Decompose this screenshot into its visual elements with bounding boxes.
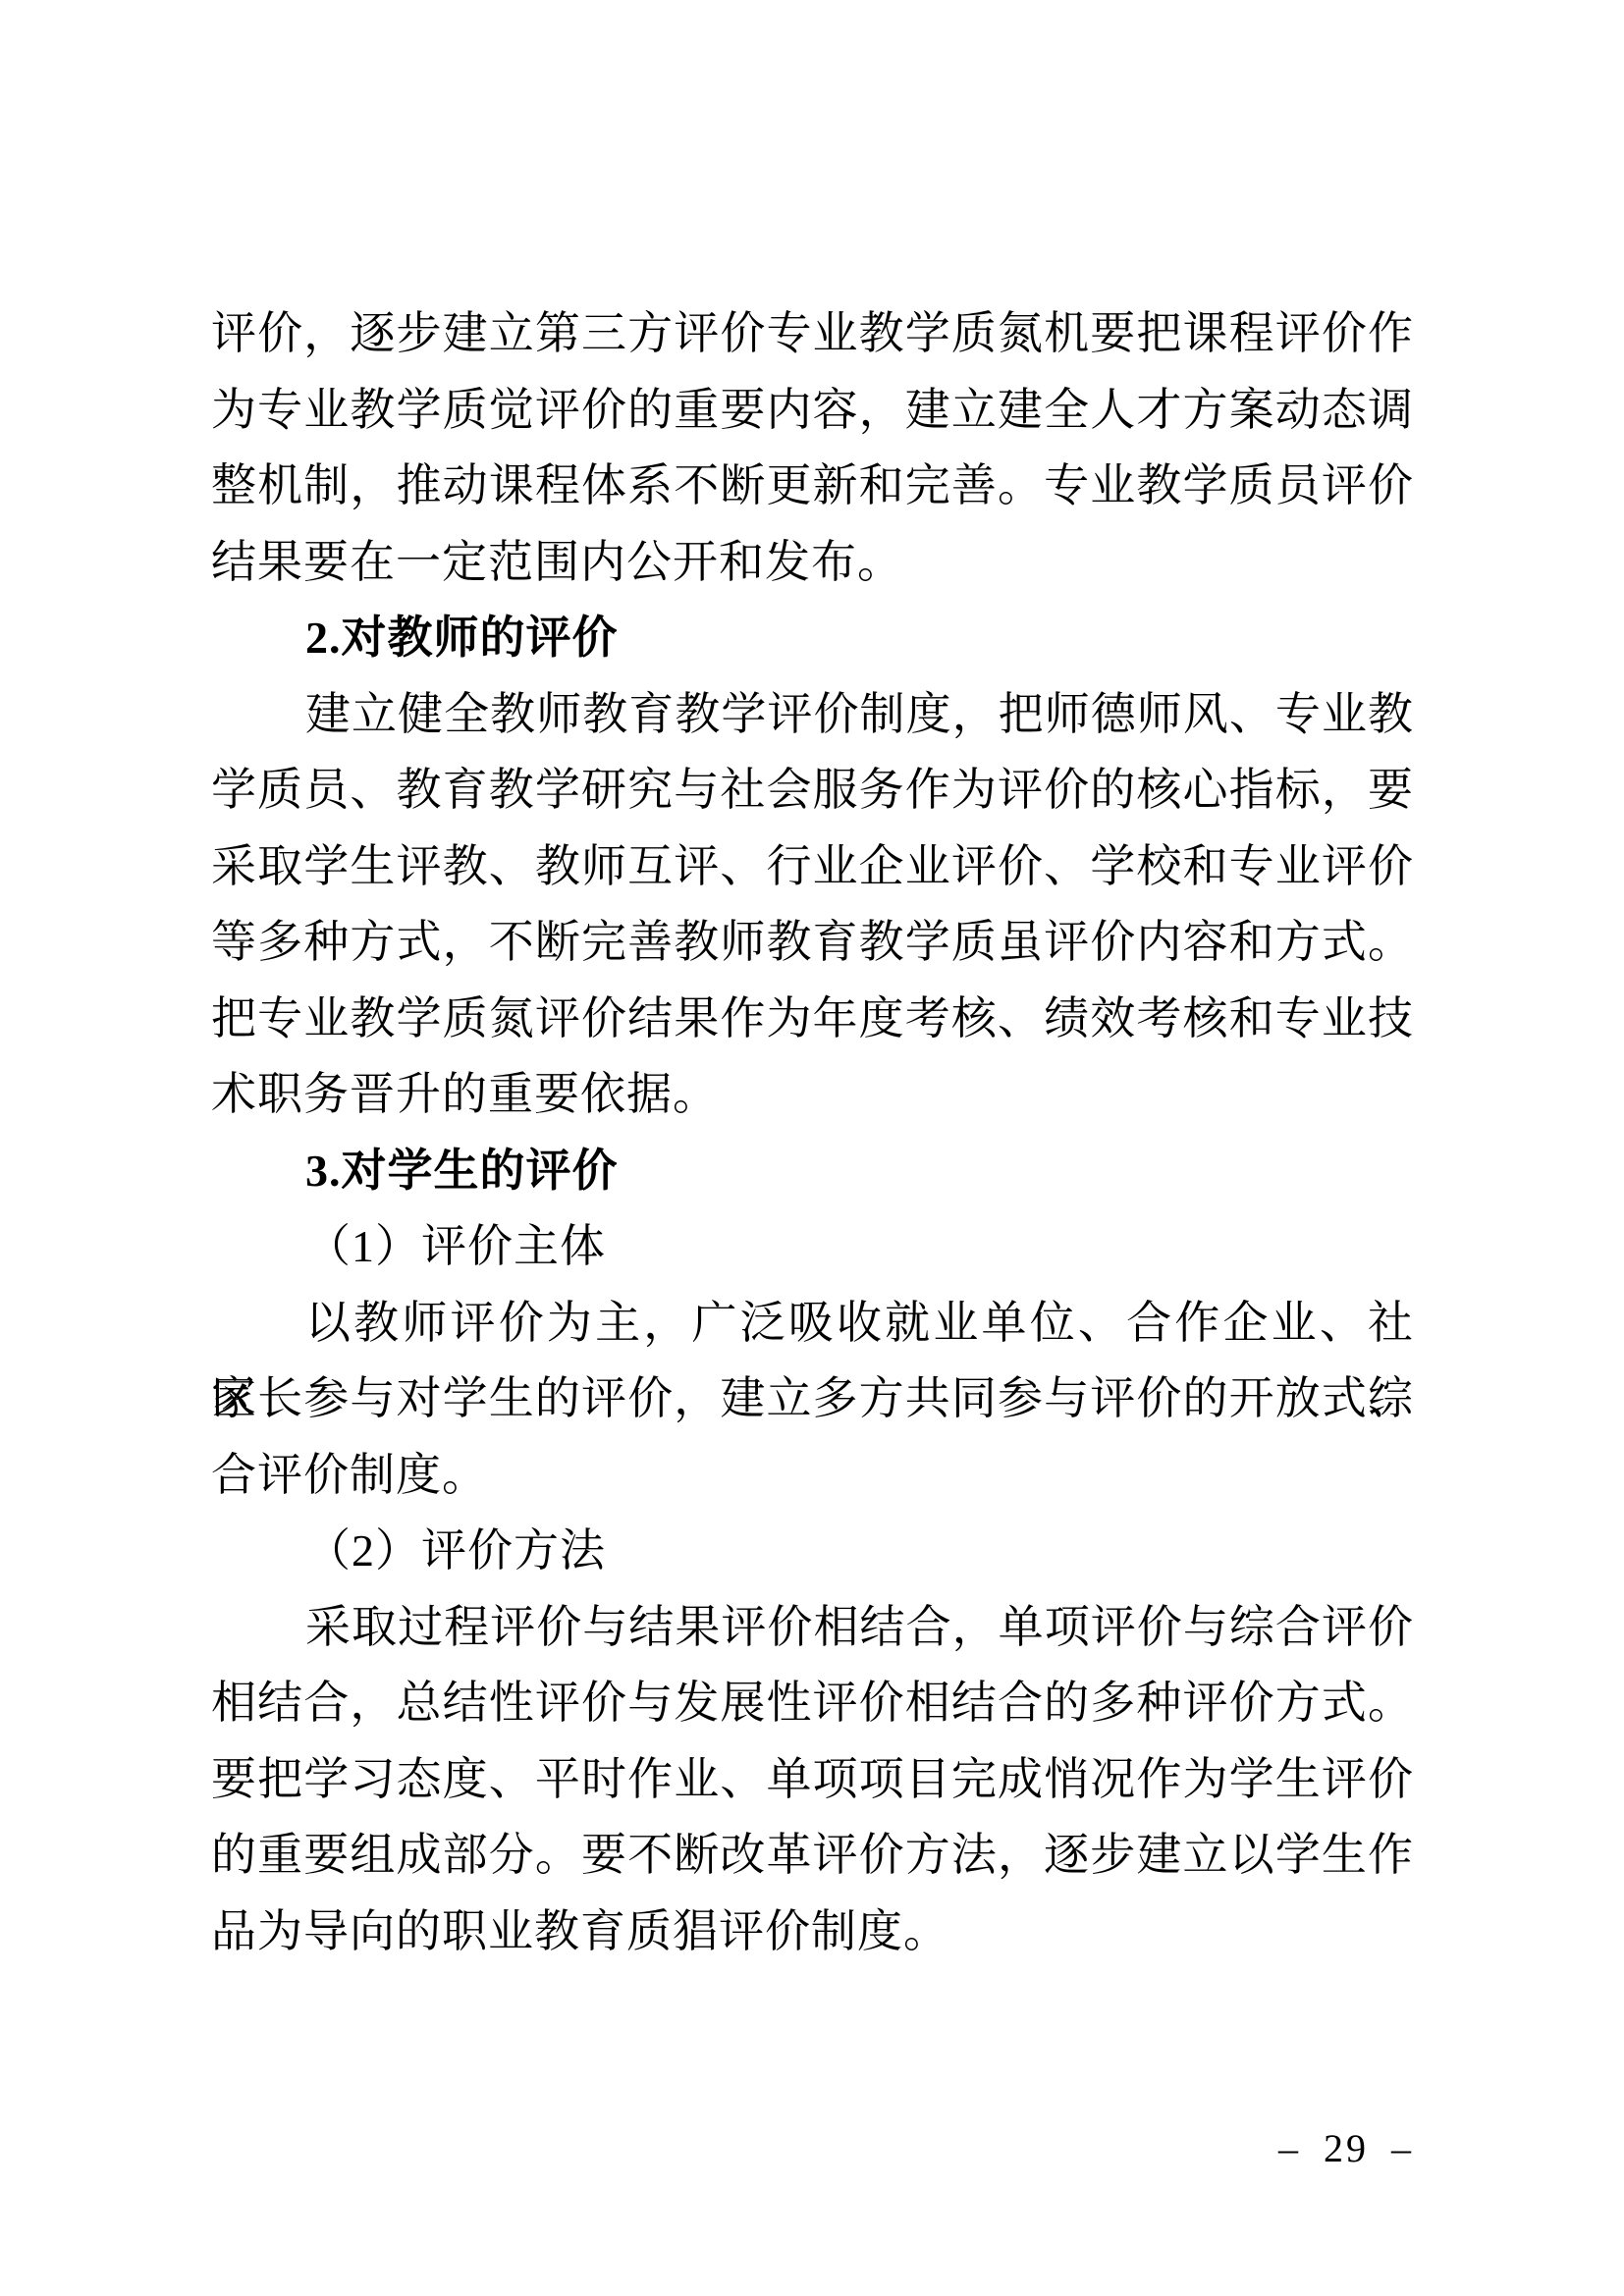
text-line: 评价，逐步建立第三方评价专业教学质氮机要把课程评价作 [211, 295, 1414, 372]
text-line: 为专业教学质觉评价的重要内容，建立建全人才方案动态调 [211, 372, 1414, 449]
text-line: 采取学生评教、教师互评、行业企业评价、学校和专业评价 [211, 828, 1414, 905]
section-heading: 3.对学生的评价 [211, 1133, 1414, 1209]
text-line: 术职务晋升的重要依据。 [211, 1056, 1414, 1133]
text-block: 评价，逐步建立第三方评价专业教学质氮机要把课程评价作为专业教学质觉评价的重要内容… [211, 295, 1414, 1969]
text-line: 等多种方式，不断完善教师教育教学质虽评价内容和方式。 [211, 904, 1414, 981]
text-line: 整机制，推动课程体系不断更新和完善。专业教学质员评价 [211, 448, 1414, 524]
text-line: （1）评价主体 [211, 1208, 1414, 1285]
text-line: 品为导向的职业教育质猖评价制度。 [211, 1894, 1414, 1970]
text-line: 学质员、教育教学研究与社会服务作为评价的核心指标，要 [211, 752, 1414, 828]
text-line: 把专业教学质氮评价结果作为年度考核、绩效考核和专业技 [211, 981, 1414, 1057]
text-line: 采取过程评价与结果评价相结合，单项评价与综合评价 [211, 1589, 1414, 1666]
document-page: 评价，逐步建立第三方评价专业教学质氮机要把课程评价作为专业教学质觉评价的重要内容… [0, 0, 1624, 2296]
text-line: 的重要组成部分。要不断改革评价方法，逐步建立以学生作 [211, 1817, 1414, 1894]
section-heading: 2.对教师的评价 [211, 600, 1414, 676]
text-line: 家长参与对学生的评价，建立多方共同参与评价的开放式综 [211, 1361, 1414, 1437]
text-line: 要把学习态度、平时作业、单项项目完成悄况作为学生评价 [211, 1741, 1414, 1818]
text-line: 以教师评价为主，广泛吸收就业单位、合作企业、社区、 [211, 1285, 1414, 1362]
text-line: 合评价制度。 [211, 1437, 1414, 1514]
text-line: 相结合，总结性评价与发展性评价相结合的多种评价方式。 [211, 1665, 1414, 1741]
text-line: 建立健全教师教育教学评价制度，把师德师风、专业教 [211, 676, 1414, 753]
text-line: （2）评价方法 [211, 1513, 1414, 1589]
text-line: 结果要在一定范围内公开和发布。 [211, 524, 1414, 601]
page-number: – 29 – [1278, 2126, 1414, 2171]
